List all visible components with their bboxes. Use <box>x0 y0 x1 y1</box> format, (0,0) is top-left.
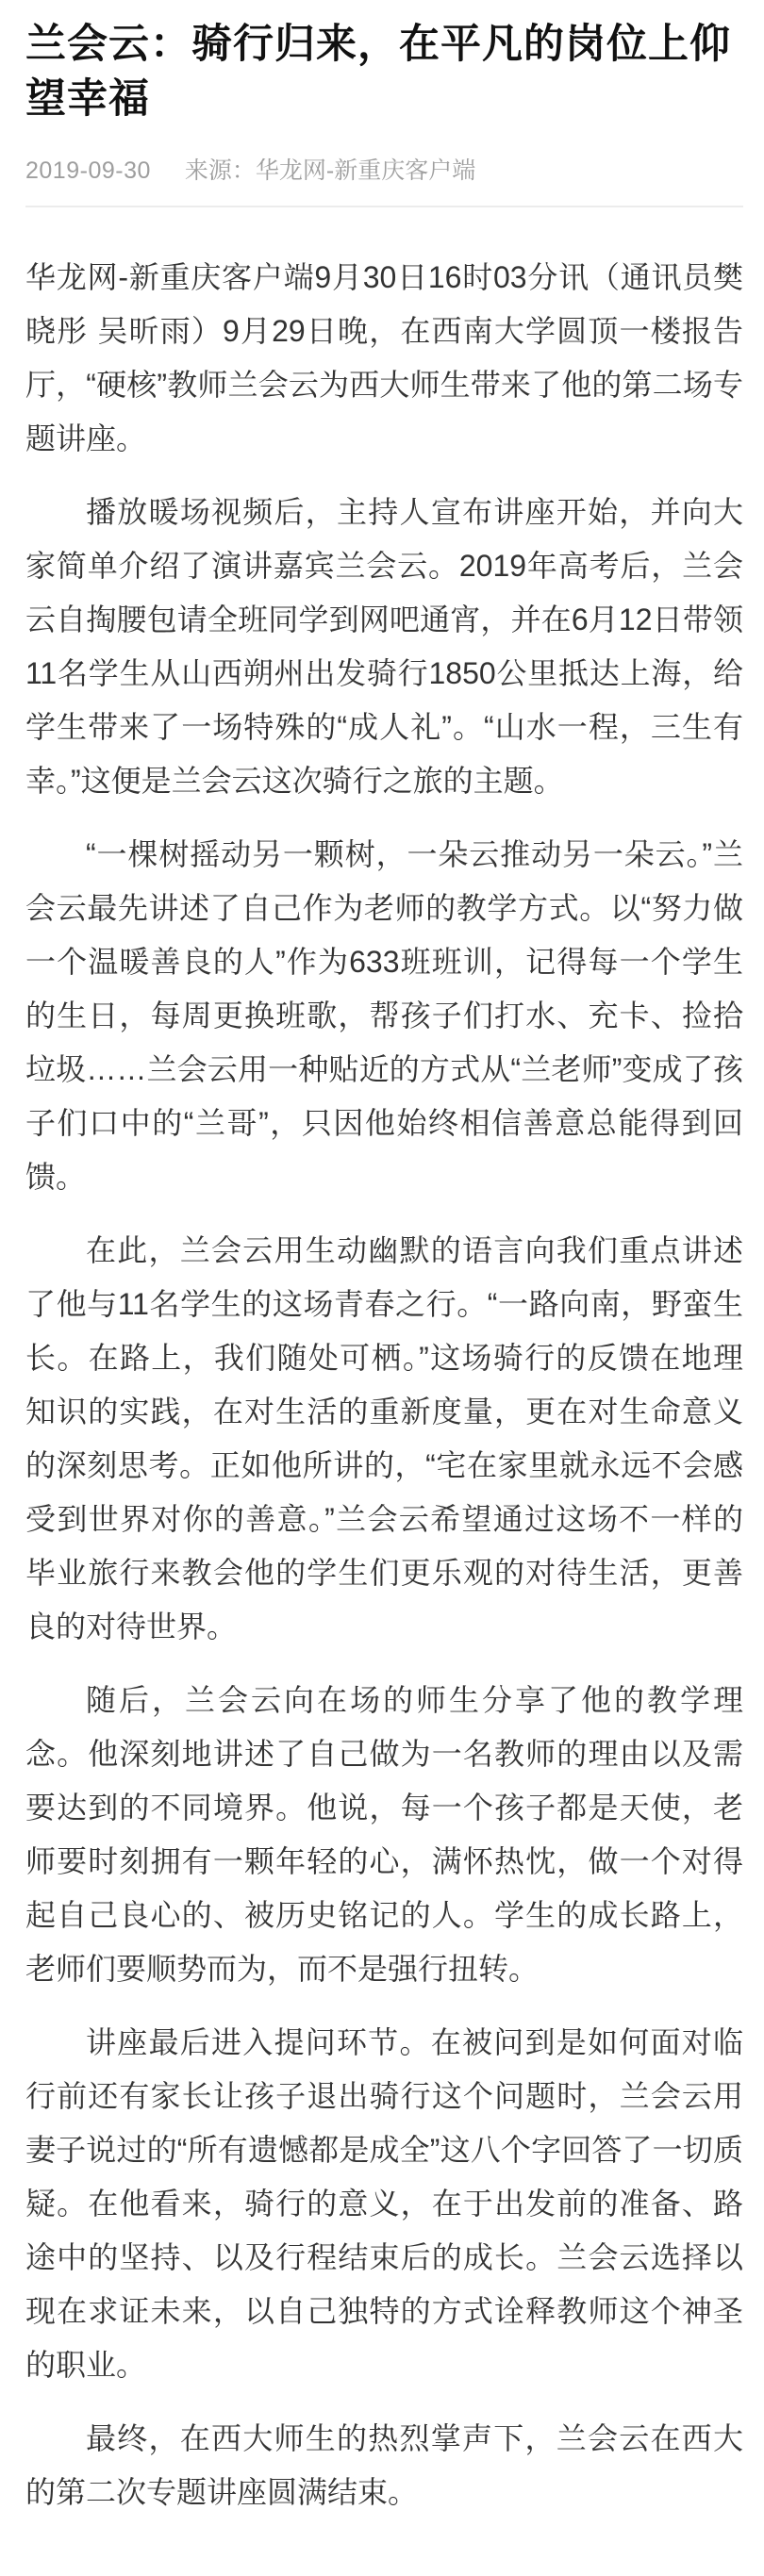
article-page: 兰会云：骑行归来，在平凡的岗位上仰望幸福 2019-09-30 来源：华龙网-新… <box>0 17 764 2538</box>
article-body: 华龙网-新重庆客户端9月30日16时03分讯（通讯员樊晓彤 吴昕雨）9月29日晚… <box>25 251 743 2519</box>
article-paragraph: 最终，在西大师生的热烈掌声下，兰会云在西大的第二次专题讲座圆满结束。 <box>25 2412 743 2519</box>
article-paragraph: 随后，兰会云向在场的师生分享了他的教学理念。他深刻地讲述了自己做为一名教师的理由… <box>25 1674 743 1996</box>
meta-divider <box>25 206 743 207</box>
article-paragraph: “一棵树摇动另一颗树，一朵云推动另一朵云。”兰会云最先讲述了自己作为老师的教学方… <box>25 828 743 1204</box>
article-date: 2019-09-30 <box>25 157 151 185</box>
article-paragraph: 在此，兰会云用生动幽默的语言向我们重点讲述了他与11名学生的这场青春之行。“一路… <box>25 1224 743 1654</box>
article-paragraph: 华龙网-新重庆客户端9月30日16时03分讯（通讯员樊晓彤 吴昕雨）9月29日晚… <box>25 251 743 466</box>
article-paragraph: 播放暖场视频后，主持人宣布讲座开始，并向大家简单介绍了演讲嘉宾兰会云。2019年… <box>25 486 743 808</box>
article-paragraph: 讲座最后进入提问环节。在被问到是如何面对临行前还有家长让孩子退出骑行这个问题时，… <box>25 2016 743 2392</box>
article-source: 来源：华龙网-新重庆客户端 <box>185 157 475 185</box>
article-meta: 2019-09-30 来源：华龙网-新重庆客户端 <box>25 157 743 185</box>
article-title: 兰会云：骑行归来，在平凡的岗位上仰望幸福 <box>25 17 743 126</box>
